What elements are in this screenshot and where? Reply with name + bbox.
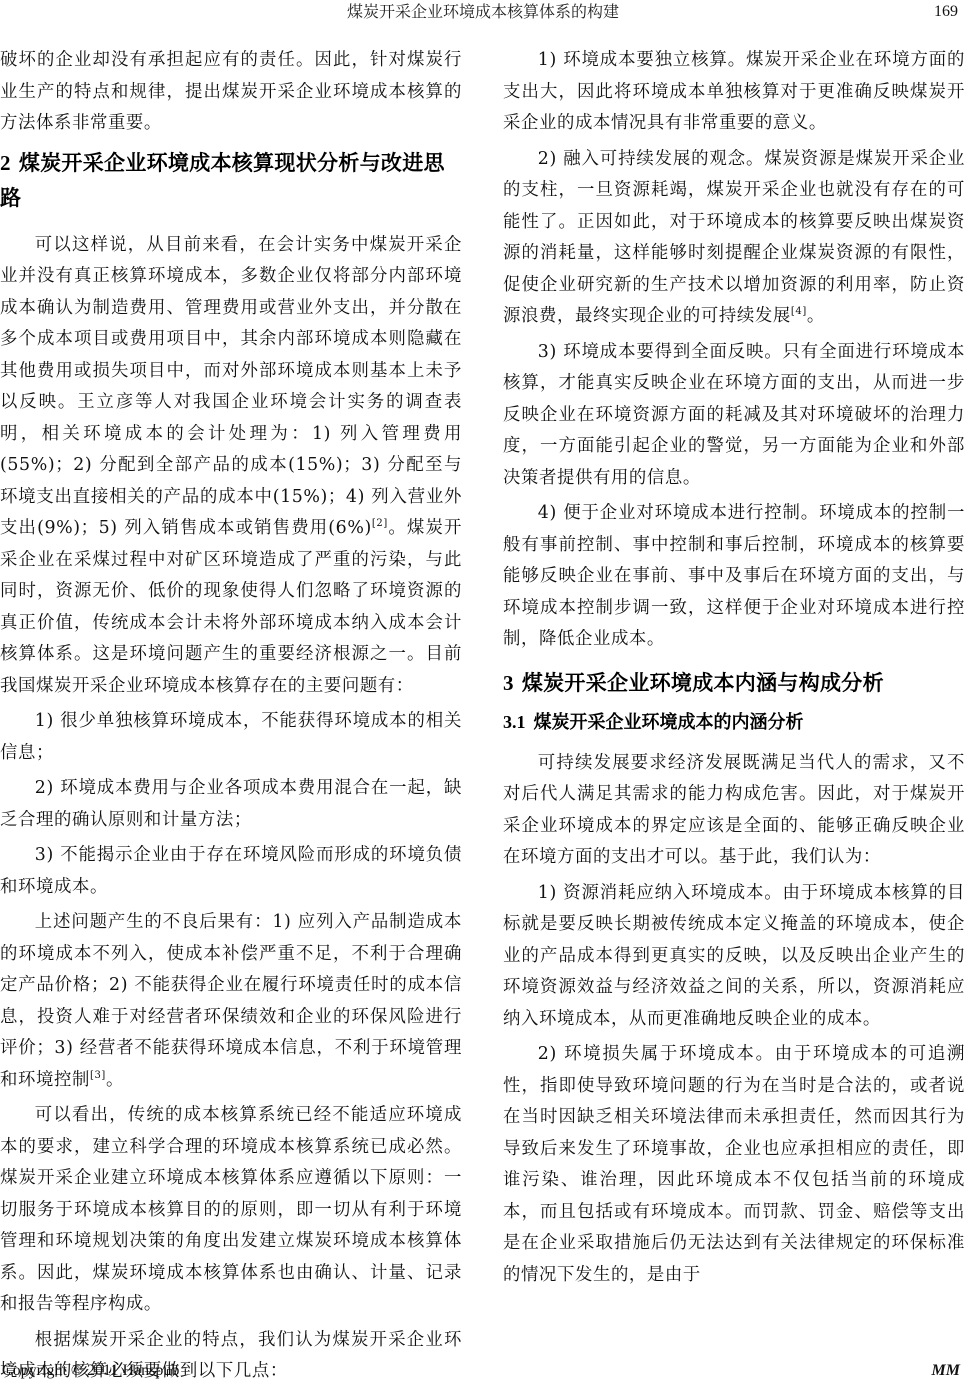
section-2-heading: 2煤炭开采企业环境成本核算现状分析与改进思路	[0, 146, 462, 216]
left-column: 破坏的企业却没有承担起应有的责任。因此，针对煤炭行业生产的特点和规律，提出煤炭开…	[0, 45, 462, 1386]
section-3-heading: 3煤炭开采企业环境成本内涵与构成分析	[503, 666, 965, 701]
paragraph-text: 。	[106, 1070, 124, 1090]
paragraph-text: 。煤炭开采企业在采煤过程中对矿区环境造成了严重的污染，与此同时，资源无价、低价的…	[0, 518, 462, 696]
list-item-connotation: 2) 环境损失属于环境成本。由于环境成本的可追溯性，指即使导致环境问题的行为在当…	[503, 1039, 965, 1291]
paragraph-principles: 可以看出，传统的成本核算系统已经不能适应环境成本的要求，建立科学合理的环境成本核…	[0, 1100, 462, 1321]
list-item-requirement: 2) 融入可持续发展的观念。煤炭资源是煤炭开采企业的支柱，一旦资源耗竭，煤炭开采…	[503, 144, 965, 333]
right-column: 1) 环境成本要独立核算。煤炭开采企业在环境方面的支出大，因此将环境成本单独核算…	[503, 45, 965, 1295]
running-title: 煤炭开采企业环境成本核算体系的构建	[0, 2, 966, 22]
list-item-problem: 1) 很少单独核算环境成本，不能获得环境成本的相关信息；	[0, 706, 462, 769]
paragraph-continued: 破坏的企业却没有承担起应有的责任。因此，针对煤炭行业生产的特点和规律，提出煤炭开…	[0, 45, 462, 140]
citation-ref[interactable]: [2]	[372, 518, 388, 529]
paragraph-current-status: 可以这样说，从目前来看，在会计实务中煤炭开采企业并没有真正核算环境成本，多数企业…	[0, 230, 462, 703]
citation-ref[interactable]: [4]	[791, 306, 807, 317]
paragraph-text: 。	[807, 306, 825, 326]
subsection-number: 3.1	[503, 712, 526, 732]
section-number: 3	[503, 671, 514, 695]
subsection-title: 煤炭开采企业环境成本的内涵分析	[534, 712, 804, 733]
running-head: 煤炭开采企业环境成本核算体系的构建 169	[0, 0, 966, 26]
page-footer: Copyright © 2011 Hanspub MM	[0, 1356, 966, 1386]
paragraph-text: 2) 融入可持续发展的观念。煤炭资源是煤炭开采企业的支柱，一旦资源耗竭，煤炭开采…	[503, 149, 965, 327]
list-item-requirement: 1) 环境成本要独立核算。煤炭开采企业在环境方面的支出大，因此将环境成本单独核算…	[503, 45, 965, 140]
list-item-problem: 3) 不能揭示企业由于存在环境风险而形成的环境负债和环境成本。	[0, 840, 462, 903]
list-item-requirement: 4) 便于企业对环境成本进行控制。环境成本的控制一般有事前控制、事中控制和事后控…	[503, 498, 965, 656]
paragraph-text: 上述问题产生的不良后果有：1) 应列入产品制造成本的环境成本不列入，使成本补偿严…	[0, 912, 462, 1090]
journal-abbreviation: MM	[932, 1362, 960, 1380]
list-item-requirement: 3) 环境成本要得到全面反映。只有全面进行环境成本核算，才能真实反映企业在环境方…	[503, 337, 965, 495]
citation-ref[interactable]: [3]	[90, 1070, 106, 1081]
section-title: 煤炭开采企业环境成本内涵与构成分析	[522, 671, 884, 695]
section-3-1-heading: 3.1煤炭开采企业环境成本的内涵分析	[503, 707, 965, 738]
list-item-connotation: 1) 资源消耗应纳入环境成本。由于环境成本核算的目标就是要反映长期被传统成本定义…	[503, 878, 965, 1036]
paragraph-connotation: 可持续发展要求经济发展既满足当代人的需求，又不对后代人满足其需求的能力构成危害。…	[503, 748, 965, 874]
section-number: 2	[0, 151, 11, 175]
page-number: 169	[934, 2, 958, 22]
copyright-notice: Copyright © 2011 Hanspub	[2, 1362, 179, 1380]
section-title: 煤炭开采企业环境成本核算现状分析与改进思路	[0, 151, 445, 210]
paragraph-consequences: 上述问题产生的不良后果有：1) 应列入产品制造成本的环境成本不列入，使成本补偿严…	[0, 907, 462, 1096]
paragraph-text: 可以这样说，从目前来看，在会计实务中煤炭开采企业并没有真正核算环境成本，多数企业…	[0, 235, 462, 539]
list-item-problem: 2) 环境成本费用与企业各项成本费用混合在一起，缺乏合理的确认原则和计量方法；	[0, 773, 462, 836]
